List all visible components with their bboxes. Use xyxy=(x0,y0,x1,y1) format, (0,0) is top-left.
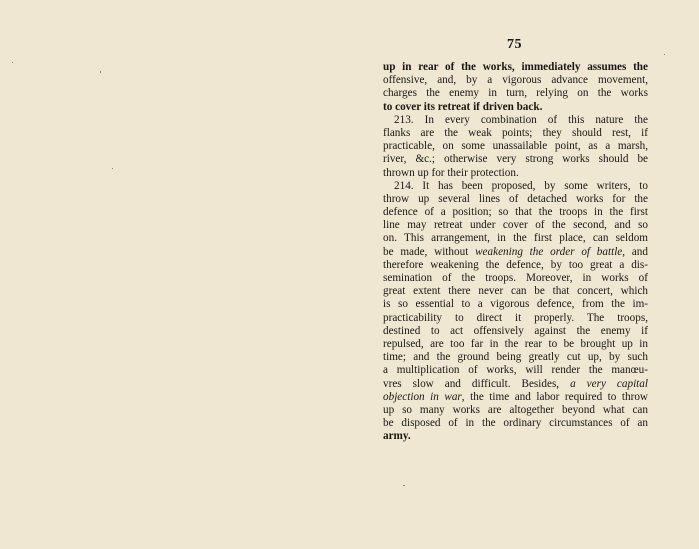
text-line: therefore weakening the defence, by too … xyxy=(383,259,648,272)
scan-speck xyxy=(664,54,665,55)
text-line: river, &c.; otherwise very strong works … xyxy=(383,153,648,166)
text-run: vres slow and difficult. Besides, xyxy=(383,378,570,390)
text-line: defence of a position; so that the troop… xyxy=(383,206,648,219)
text-run: , and xyxy=(622,246,648,258)
text-line: be made, without weakening the order of … xyxy=(383,246,648,259)
text-line: vres slow and difficult. Besides, a very… xyxy=(383,378,648,391)
italic-emphasis: weakening the order of battle xyxy=(475,246,622,258)
left-page xyxy=(0,0,349,549)
text-line: time; and the ground being greatly cut u… xyxy=(383,351,648,364)
text-line: a multiplication of works, will render t… xyxy=(383,364,648,377)
scan-speck xyxy=(112,168,113,169)
text-line: practicability to direct it properly. Th… xyxy=(383,312,648,325)
text-line: up in rear of the works, immediately ass… xyxy=(383,61,648,74)
text-line: semination of the troops. Moreover, in w… xyxy=(383,272,648,285)
text-line: great extent there never can be that con… xyxy=(383,285,648,298)
text-line: army. xyxy=(383,430,648,443)
page-number: 75 xyxy=(507,37,522,53)
text-run: , the time and labor required to throw xyxy=(462,391,648,403)
text-line: thrown up for their protection. xyxy=(383,167,648,180)
body-text: up in rear of the works, immediately ass… xyxy=(383,61,648,443)
text-line: objection in war, the time and labor req… xyxy=(383,391,648,404)
italic-emphasis: a very capital xyxy=(570,378,648,390)
text-line: is so essential to a vigorous defence, f… xyxy=(383,298,648,311)
scan-speck xyxy=(12,62,13,63)
text-line: on. This arrangement, in the first place… xyxy=(383,232,648,245)
text-line: destined to act offensively against the … xyxy=(383,325,648,338)
text-line: flanks are the weak points; they should … xyxy=(383,127,648,140)
italic-emphasis: objection in war xyxy=(383,391,462,403)
scan-speck xyxy=(100,71,101,73)
text-line: up so many works are altogether beyond w… xyxy=(383,404,648,417)
text-line: be disposed of in the ordinary circumsta… xyxy=(383,417,648,430)
paragraph-213-start: 213. In every combination of this nature… xyxy=(383,114,648,127)
text-line: offensive, and, by a vigorous advance mo… xyxy=(383,74,648,87)
text-line: practicable, on some unassailable point,… xyxy=(383,140,648,153)
paragraph-214-start: 214. It has been proposed, by some write… xyxy=(383,180,648,193)
text-line: throw up several lines of detached works… xyxy=(383,193,648,206)
text-run: be made, without xyxy=(383,246,475,258)
text-line: to cover its retreat if driven back. xyxy=(383,101,648,114)
text-line: charges the enemy in turn, relying on th… xyxy=(383,87,648,100)
text-line: line may retreat under cover of the seco… xyxy=(383,219,648,232)
scan-speck xyxy=(403,485,405,486)
text-line: repulsed, are too far in the rear to be … xyxy=(383,338,648,351)
